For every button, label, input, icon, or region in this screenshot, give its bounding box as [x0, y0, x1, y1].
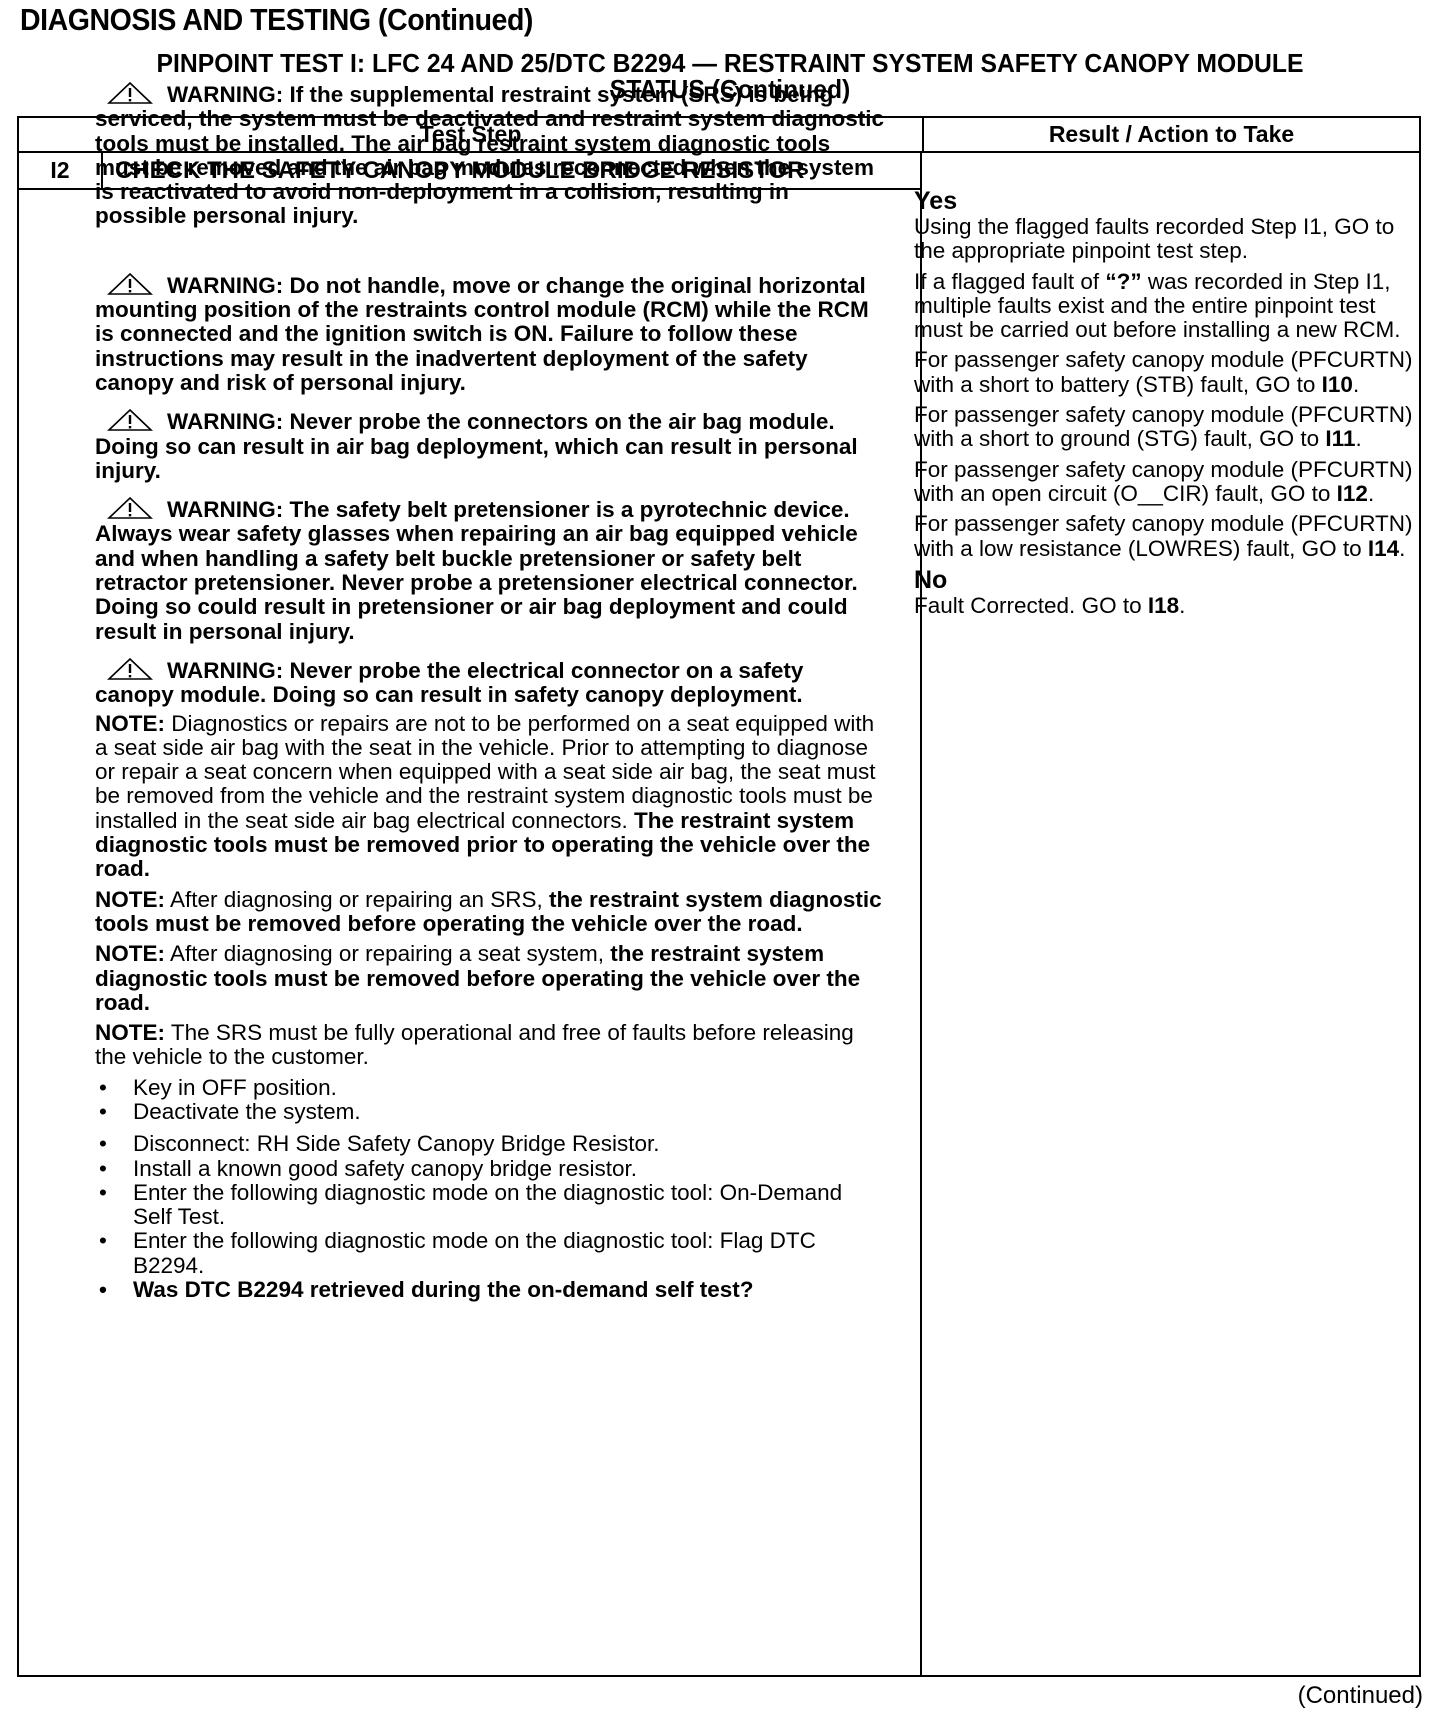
section-title: DIAGNOSIS AND TESTING (Continued): [20, 2, 533, 38]
note-after-seat-system: NOTE: After diagnosing or repairing a se…: [95, 942, 885, 1015]
test-title-line-1: PINPOINT TEST I: LFC 24 AND 25/DTC B2294…: [75, 50, 1386, 76]
warning-triangle-icon: [107, 82, 153, 104]
goto-step-link: I10: [1322, 372, 1353, 397]
procedure-question: Was DTC B2294 retrieved during the on-de…: [95, 1278, 885, 1302]
warning-text: WARNING: Never probe the connectors on t…: [95, 409, 858, 483]
result-yes-label: Yes: [914, 188, 1414, 215]
procedure-step: Deactivate the system.: [95, 1100, 885, 1124]
warning-text: WARNING: If the supplemental restraint s…: [95, 82, 884, 228]
result-yes-para-lowres: For passenger safety canopy module (PFCU…: [914, 512, 1414, 561]
procedure-step: Key in OFF position.: [95, 1076, 885, 1100]
continued-footer: (Continued): [1298, 1682, 1423, 1710]
procedure-step: Disconnect: RH Side Safety Canopy Bridge…: [95, 1132, 885, 1156]
warning-text: WARNING: The safety belt pretensioner is…: [95, 497, 858, 643]
warning-triangle-icon: [107, 497, 153, 519]
result-text: .: [1368, 481, 1374, 506]
note-label: NOTE:: [95, 711, 165, 736]
step-number: I2: [19, 153, 103, 188]
warning-rcm-mounting: WARNING: Do not handle, move or change t…: [95, 273, 885, 395]
goto-step-link: I11: [1325, 426, 1355, 451]
header-result-action: Result / Action to Take: [922, 118, 1419, 151]
procedure-step: Enter the following diagnostic mode on t…: [95, 1181, 885, 1230]
warning-triangle-icon: [107, 658, 153, 680]
result-emphasis: “?”: [1105, 269, 1141, 294]
result-yes-para-stg: For passenger safety canopy module (PFCU…: [914, 403, 1414, 452]
note-label: NOTE:: [95, 1020, 165, 1045]
test-step-body: WARNING: If the supplemental restraint s…: [95, 82, 885, 1302]
result-yes-para: Using the flagged faults recorded Step I…: [914, 215, 1414, 264]
procedure-steps-list: Key in OFF position. Deactivate the syst…: [95, 1076, 885, 1303]
note-text: After diagnosing or repairing a seat sys…: [165, 941, 610, 966]
warning-triangle-icon: [107, 273, 153, 295]
result-text: Fault Corrected. GO to: [914, 593, 1148, 618]
goto-step-link: I14: [1368, 536, 1399, 561]
warning-air-bag-connectors: WARNING: Never probe the connectors on t…: [95, 409, 885, 483]
note-label: NOTE:: [95, 887, 165, 912]
result-no-label: No: [914, 567, 1414, 594]
warning-srs-service: WARNING: If the supplemental restraint s…: [95, 82, 885, 229]
goto-step-link: I18: [1148, 593, 1179, 618]
note-after-srs: NOTE: After diagnosing or repairing an S…: [95, 888, 885, 937]
result-yes-para: If a flagged fault of “?” was recorded i…: [914, 270, 1414, 343]
result-text: .: [1399, 536, 1405, 561]
warning-text: WARNING: Do not handle, move or change t…: [95, 273, 869, 395]
warning-text: WARNING: Never probe the electrical conn…: [95, 658, 803, 707]
result-text: .: [1355, 426, 1361, 451]
goto-step-link: I12: [1337, 481, 1368, 506]
note-text: After diagnosing or repairing an SRS,: [165, 887, 549, 912]
note-seat-side-air-bag: NOTE: Diagnostics or repairs are not to …: [95, 712, 885, 882]
result-action-body: Yes Using the flagged faults recorded St…: [914, 188, 1414, 624]
procedure-step: Enter the following diagnostic mode on t…: [95, 1229, 885, 1278]
result-text: Using the flagged faults recorded Step I…: [914, 214, 1394, 263]
note-text: The SRS must be fully operational and fr…: [95, 1020, 854, 1069]
result-text: For passenger safety canopy module (PFCU…: [914, 511, 1413, 560]
result-no-para: Fault Corrected. GO to I18.: [914, 594, 1414, 618]
result-text: If a flagged fault of: [914, 269, 1105, 294]
result-yes-para-stb: For passenger safety canopy module (PFCU…: [914, 348, 1414, 397]
warning-triangle-icon: [107, 409, 153, 431]
warning-safety-canopy-connector: WARNING: Never probe the electrical conn…: [95, 658, 885, 708]
note-srs-operational: NOTE: The SRS must be fully operational …: [95, 1021, 885, 1070]
note-label: NOTE:: [95, 941, 165, 966]
result-text: .: [1353, 372, 1359, 397]
procedure-step: Install a known good safety canopy bridg…: [95, 1157, 885, 1181]
result-text: .: [1179, 593, 1185, 618]
warning-pretensioner: WARNING: The safety belt pretensioner is…: [95, 497, 885, 644]
result-yes-para-open-circuit: For passenger safety canopy module (PFCU…: [914, 458, 1414, 507]
